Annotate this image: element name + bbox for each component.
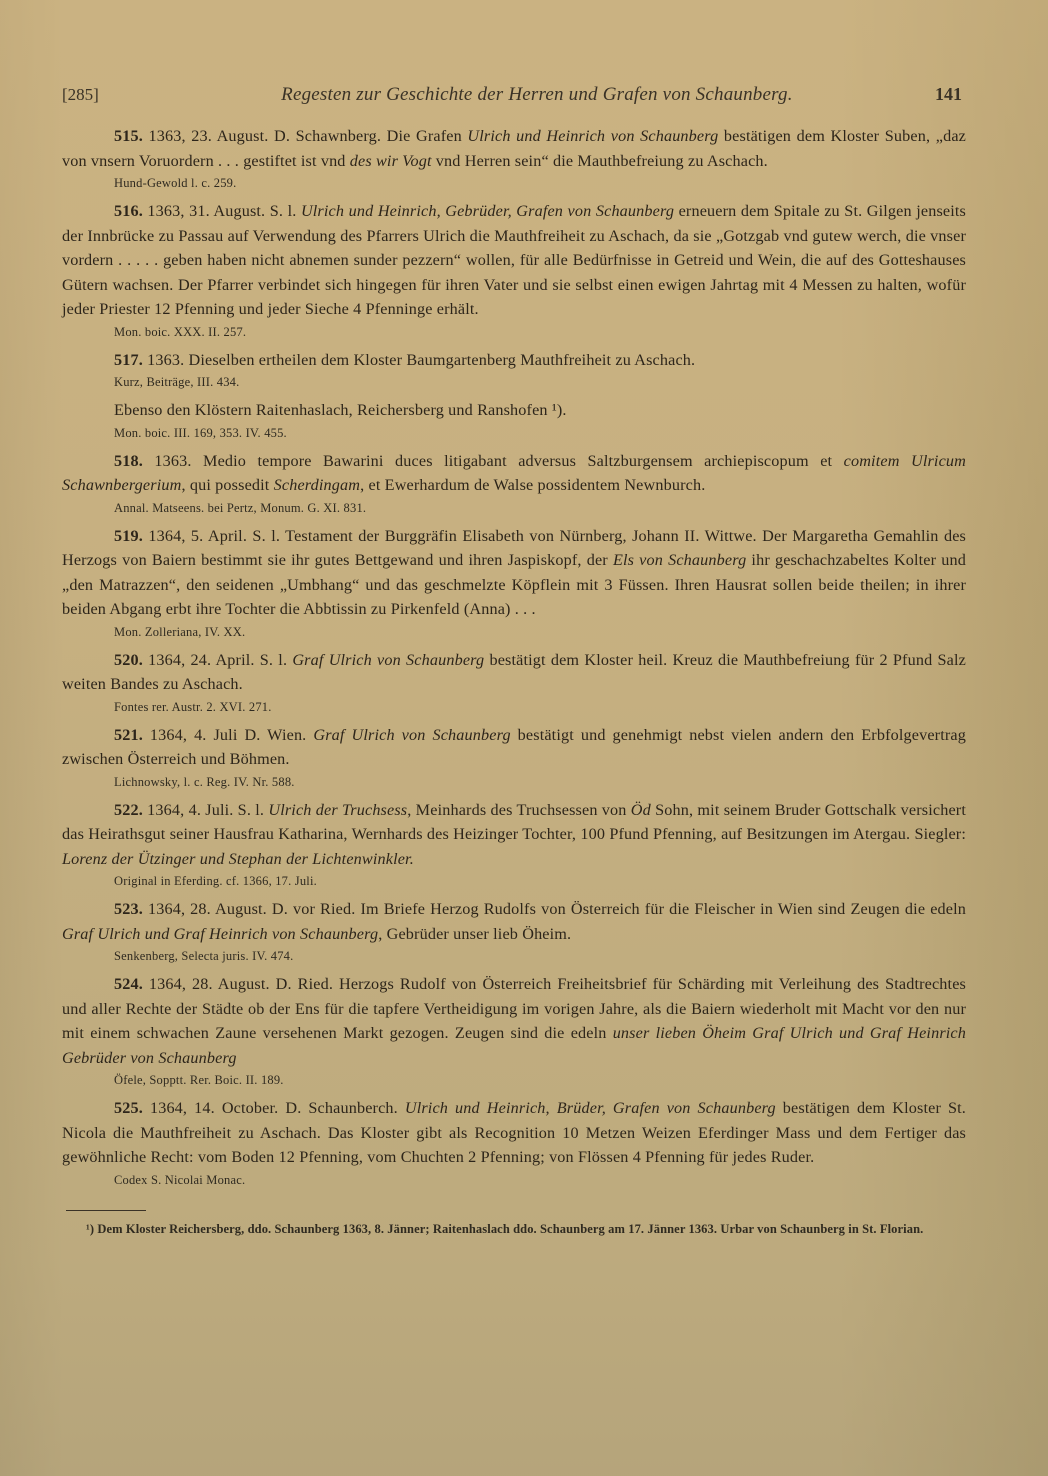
text-segment: 1364, 4. Juli. S. l. <box>143 801 268 819</box>
italic-name: Ulrich und Heinrich von Schaunberg <box>467 127 718 145</box>
italic-name: Els von Schaunberg <box>613 551 746 569</box>
italic-name: Ulrich der Truchsess <box>268 801 407 819</box>
regest-entry: 525. 1364, 14. October. D. Schaunberch. … <box>62 1096 966 1190</box>
text-segment: 1364, 28. August. D. vor Ried. Im Briefe… <box>143 900 966 918</box>
text-segment: , qui possedit <box>181 476 273 494</box>
regest-entry: 520. 1364, 24. April. S. l. Graf Ulrich … <box>62 648 966 717</box>
running-title: Regesten zur Geschichte der Herren und G… <box>99 84 935 106</box>
italic-name: Graf Ulrich von Schaunberg <box>313 726 510 744</box>
source-citation: Kurz, Beiträge, III. 434. <box>114 372 966 392</box>
regest-entry: 523. 1364, 28. August. D. vor Ried. Im B… <box>62 897 966 966</box>
running-head: [285] Regesten zur Geschichte der Herren… <box>62 84 966 106</box>
page-number: 141 <box>935 84 962 105</box>
entry-text: 521. 1364, 4. Juli D. Wien. Graf Ulrich … <box>62 723 966 772</box>
regest-entry: 518. 1363. Medio tempore Bawarini duces … <box>62 449 966 518</box>
regest-entry: 515. 1363, 23. August. D. Schawnberg. Di… <box>62 124 966 193</box>
entry-number: 517. <box>114 351 143 369</box>
entry-text: 525. 1364, 14. October. D. Schaunberch. … <box>62 1096 966 1170</box>
regesta-list: 515. 1363, 23. August. D. Schawnberg. Di… <box>62 124 966 1190</box>
regest-entry: 516. 1363, 31. August. S. l. Ulrich und … <box>62 199 966 342</box>
text-segment: , Meinhards des Truchsessen von <box>407 801 631 819</box>
source-citation: Mon. boic. XXX. II. 257. <box>114 322 966 342</box>
source-citation: Öfele, Sopptt. Rer. Boic. II. 189. <box>114 1070 966 1090</box>
text-segment: 1363, 31. August. S. l. <box>143 202 301 220</box>
entry-number: 520. <box>114 651 143 669</box>
entry-text: 517. 1363. Dieselben ertheilen dem Klost… <box>62 348 966 373</box>
entry-text: 522. 1364, 4. Juli. S. l. Ulrich der Tru… <box>62 798 966 872</box>
source-citation: Original in Eferding. cf. 1366, 17. Juli… <box>114 871 966 891</box>
entry-number: 519. <box>114 527 143 545</box>
entry-text: 524. 1364, 28. August. D. Ried. Herzogs … <box>62 972 966 1070</box>
italic-name: Graf Ulrich und Graf Heinrich von Schaun… <box>62 925 378 943</box>
footnote: ¹) Dem Kloster Reichersberg, ddo. Schaun… <box>62 1219 966 1239</box>
text-segment: 1364, 14. October. D. Schaunberch. <box>143 1099 405 1117</box>
footnote-text: Dem Kloster Reichersberg, ddo. Schaunber… <box>97 1222 923 1236</box>
text-segment: 1364, 24. April. S. l. <box>143 651 292 669</box>
entry-text: Ebenso den Klöstern Raitenhaslach, Reich… <box>62 398 966 423</box>
entry-number: 524. <box>114 975 143 993</box>
entry-text: 523. 1364, 28. August. D. vor Ried. Im B… <box>62 897 966 946</box>
text-segment: , Gebrüder unser lieb Öheim. <box>378 925 571 943</box>
source-citation: Fontes rer. Austr. 2. XVI. 271. <box>114 697 966 717</box>
entry-number: 523. <box>114 900 143 918</box>
italic-name: des wir Vogt <box>350 152 432 170</box>
entry-number: 521. <box>114 726 143 744</box>
italic-name: Graf Ulrich von Schaunberg <box>292 651 484 669</box>
italic-name: Ulrich und Heinrich, Brüder, Grafen von … <box>405 1099 776 1117</box>
italic-name: Ulrich und Heinrich, Gebrüder, Grafen vo… <box>301 202 674 220</box>
text-segment: , et Ewerhardum de Walse possidentem New… <box>360 476 705 494</box>
entry-text: 519. 1364, 5. April. S. l. Testament der… <box>62 524 966 622</box>
regest-entry: Ebenso den Klöstern Raitenhaslach, Reich… <box>62 398 966 443</box>
entry-text: 518. 1363. Medio tempore Bawarini duces … <box>62 449 966 498</box>
text-segment: vnd Herren sein“ die Mauthbefreiung zu A… <box>432 152 768 170</box>
text-segment: Ebenso den Klöstern Raitenhaslach, Reich… <box>114 401 552 419</box>
original-page-number: [285] <box>62 85 99 105</box>
source-citation: Hund-Gewold l. c. 259. <box>114 173 966 193</box>
text-segment: ¹) <box>552 401 563 419</box>
entry-number: 522. <box>114 801 143 819</box>
text-segment: 1363, 23. August. D. Schawnberg. Die Gra… <box>143 127 467 145</box>
text-segment: . <box>562 401 566 419</box>
source-citation: Mon. Zolleriana, IV. XX. <box>114 622 966 642</box>
regest-entry: 519. 1364, 5. April. S. l. Testament der… <box>62 524 966 642</box>
entry-number: 516. <box>114 202 143 220</box>
footnote-marker: ¹) <box>86 1222 94 1236</box>
regest-entry: 522. 1364, 4. Juli. S. l. Ulrich der Tru… <box>62 798 966 892</box>
italic-name: Scherdingam <box>274 476 360 494</box>
text-segment: 1363. Dieselben ertheilen dem Kloster Ba… <box>143 351 695 369</box>
text-segment: 1363. Medio tempore Bawarini duces litig… <box>143 452 844 470</box>
text-segment: 1364, 4. Juli D. Wien. <box>143 726 313 744</box>
source-citation: Annal. Matseens. bei Pertz, Monum. G. XI… <box>114 498 966 518</box>
entry-text: 520. 1364, 24. April. S. l. Graf Ulrich … <box>62 648 966 697</box>
italic-name: Öd <box>631 801 651 819</box>
footnote-divider <box>66 1210 146 1211</box>
entry-number: 525. <box>114 1099 143 1117</box>
entry-text: 516. 1363, 31. August. S. l. Ulrich und … <box>62 199 966 322</box>
regest-entry: 517. 1363. Dieselben ertheilen dem Klost… <box>62 348 966 393</box>
source-citation: Codex S. Nicolai Monac. <box>114 1170 966 1190</box>
source-citation: Mon. boic. III. 169, 353. IV. 455. <box>114 423 966 443</box>
document-page: [285] Regesten zur Geschichte der Herren… <box>62 84 966 1239</box>
regest-entry: 524. 1364, 28. August. D. Ried. Herzogs … <box>62 972 966 1090</box>
source-citation: Senkenberg, Selecta juris. IV. 474. <box>114 946 966 966</box>
entry-number: 515. <box>114 127 143 145</box>
entry-text: 515. 1363, 23. August. D. Schawnberg. Di… <box>62 124 966 173</box>
source-citation: Lichnowsky, l. c. Reg. IV. Nr. 588. <box>114 772 966 792</box>
regest-entry: 521. 1364, 4. Juli D. Wien. Graf Ulrich … <box>62 723 966 792</box>
entry-number: 518. <box>114 452 143 470</box>
italic-name: Lorenz der Ützinger und Stephan der Lich… <box>62 850 414 868</box>
